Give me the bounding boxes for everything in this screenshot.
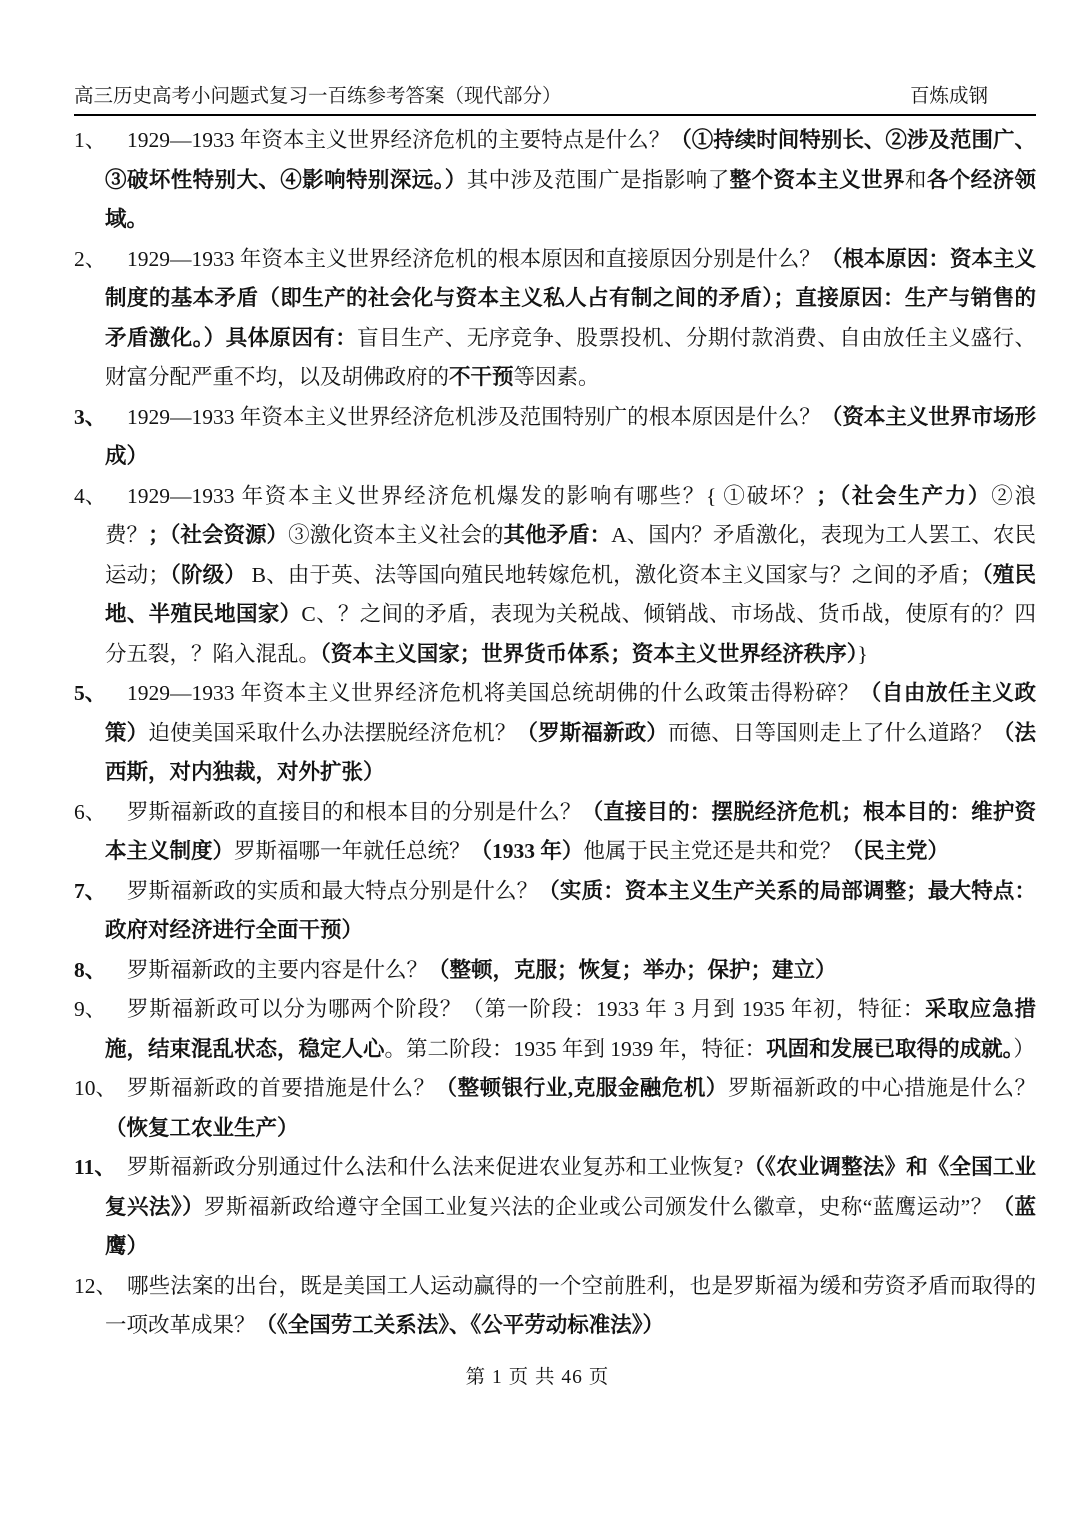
page-header: 高三历史高考小问题式复习一百练参考答案（现代部分） 百炼成钢	[74, 80, 1036, 116]
answer-text: （1933 年）	[471, 839, 584, 863]
answer-text: （整顿，克服；恢复；举办；保护；建立）	[428, 958, 837, 982]
answer-text: 不干预	[449, 365, 514, 389]
question-text: 。第二阶段：1935 年到 1939 年，特征：	[385, 1037, 767, 1061]
item-text: 罗斯福新政的主要内容是什么？（整顿，克服；恢复；举办；保护；建立）	[127, 958, 837, 982]
item-number: 1、	[74, 121, 106, 161]
list-item: 11、罗斯福新政分别通过什么法和什么法来促进农业复苏和工业恢复?（《农业调整法》…	[74, 1148, 1036, 1267]
question-text: ③激化资本主义社会的	[288, 523, 503, 547]
item-number: 3、	[74, 398, 106, 438]
page-number: 第 1 页 共 46 页	[466, 1367, 610, 1388]
answer-text: 巩固和发展已取得的成就。	[766, 1037, 1013, 1061]
question-text: 罗斯福新政的主要内容是什么？	[127, 958, 428, 982]
item-text: 1929—1933 年资本主义世界经济危机爆发的影响有哪些？{ ①破坏？；（社会…	[105, 484, 1036, 666]
question-text: 罗斯福新政分别通过什么法和什么法来促进农业复苏和工业恢复?	[127, 1155, 743, 1179]
page-footer: 第 1 页 共 46 页	[0, 1361, 1075, 1389]
question-text: 等因素。	[514, 365, 600, 389]
document-title: 高三历史高考小问题式复习一百练参考答案（现代部分）	[74, 80, 562, 108]
item-number: 8、	[74, 951, 106, 991]
list-item: 2、1929—1933 年资本主义世界经济危机的根本原因和直接原因分别是什么？（…	[74, 240, 1036, 398]
question-text: 罗斯福新政的实质和最大特点分别是什么？	[127, 879, 538, 903]
item-number: 11、	[74, 1148, 116, 1188]
item-number: 5、	[74, 674, 106, 714]
list-item: 3、1929—1933 年资本主义世界经济危机涉及范围特别广的根本原因是什么？（…	[74, 398, 1036, 477]
answer-text: （阶级）	[170, 563, 246, 587]
item-number: 4、	[74, 477, 106, 517]
question-text: 和	[905, 168, 927, 192]
item-number: 12、	[74, 1267, 117, 1307]
item-text: 罗斯福新政的实质和最大特点分别是什么？（实质：资本主义生产关系的局部调整；最大特…	[105, 879, 1036, 943]
list-item: 6、罗斯福新政的直接目的和根本目的分别是什么？（直接目的：摆脱经济危机；根本目的…	[74, 793, 1036, 872]
answer-text: （民主党）	[841, 839, 949, 863]
item-text: 罗斯福新政可以分为哪两个阶段？（第一阶段：1933 年 3 月到 1935 年初…	[105, 997, 1036, 1061]
question-text: 而德、日等国则走上了什么道路？	[668, 721, 993, 745]
question-text: 其中涉及范围广是指影响了	[467, 168, 730, 192]
item-text: 罗斯福新政分别通过什么法和什么法来促进农业复苏和工业恢复?（《农业调整法》和《全…	[105, 1155, 1036, 1258]
answer-text: （恢复工农业生产）	[105, 1116, 299, 1140]
list-item: 9、罗斯福新政可以分为哪两个阶段？（第一阶段：1933 年 3 月到 1935 …	[74, 990, 1036, 1069]
question-text: 罗斯福新政的直接目的和根本目的分别是什么？	[127, 800, 582, 824]
question-text: 1929—1933 年资本主义世界经济危机爆发的影响有哪些？{ ①破坏？	[127, 484, 816, 508]
item-number: 6、	[74, 793, 106, 833]
question-text: 他属于民主党还是共和党？	[583, 839, 841, 863]
item-text: 罗斯福新政的首要措施是什么？（整顿银行业,克服金融危机）罗斯福新政的中心措施是什…	[105, 1076, 1036, 1140]
list-item: 5、1929—1933 年资本主义世界经济危机将美国总统胡佛的什么政策击得粉碎？…	[74, 674, 1036, 793]
answer-text: （《全国劳工关系法》、《公平劳动标准法》）	[256, 1313, 665, 1337]
answer-text: 整个资本主义世界	[730, 168, 905, 192]
answer-text: ；（社会资源）	[148, 523, 288, 547]
item-number: 7、	[74, 872, 106, 912]
question-text: B、由于英、法等国向殖民地转嫁危机，激化资本主义国家与？之间的矛盾；	[246, 563, 982, 587]
answer-text: （资本主义国家；世界货币体系；资本主义世界经济秩序）	[320, 642, 858, 666]
question-text: 1929—1933 年资本主义世界经济危机的主要特点是什么？	[127, 128, 670, 152]
list-item: 12、哪些法案的出台，既是美国工人运动赢得的一个空前胜利，也是罗斯福为缓和劳资矛…	[74, 1267, 1036, 1346]
list-item: 1、1929—1933 年资本主义世界经济危机的主要特点是什么？（①持续时间特别…	[74, 121, 1036, 240]
question-text: 罗斯福新政的中心措施是什么？	[728, 1076, 1036, 1100]
list-item: 7、罗斯福新政的实质和最大特点分别是什么？（实质：资本主义生产关系的局部调整；最…	[74, 872, 1036, 951]
answer-text: ；（社会生产力）	[816, 484, 991, 508]
question-text: 迫使美国采取什么办法摆脱经济危机？	[148, 721, 516, 745]
header-brand: 百炼成钢	[910, 80, 1036, 108]
item-number: 2、	[74, 240, 106, 280]
question-text: 罗斯福新政给遵守全国工业复兴法的企业或公司颁发什么徽章，史称“蓝鹰运动”？	[204, 1195, 992, 1219]
answer-text: 其他矛盾：	[504, 523, 612, 547]
question-text: ）	[1013, 1037, 1035, 1061]
question-text: 罗斯福哪一年就任总统？	[234, 839, 471, 863]
question-text: 罗斯福新政的首要措施是什么？	[127, 1076, 436, 1100]
item-text: 1929—1933 年资本主义世界经济危机将美国总统胡佛的什么政策击得粉碎？（自…	[105, 681, 1036, 784]
list-item: 8、罗斯福新政的主要内容是什么？（整顿，克服；恢复；举办；保护；建立）	[74, 951, 1036, 991]
item-number: 10、	[74, 1069, 117, 1109]
item-text: 1929—1933 年资本主义世界经济危机的主要特点是什么？（①持续时间特别长、…	[105, 128, 1036, 231]
item-text: 哪些法案的出台，既是美国工人运动赢得的一个空前胜利，也是罗斯福为缓和劳资矛盾而取…	[105, 1274, 1036, 1338]
question-text: 1929—1933 年资本主义世界经济危机涉及范围特别广的根本原因是什么？	[127, 405, 821, 429]
question-text: }	[858, 642, 868, 666]
item-text: 1929—1933 年资本主义世界经济危机的根本原因和直接原因分别是什么？（根本…	[105, 247, 1036, 390]
question-text: 1929—1933 年资本主义世界经济危机将美国总统胡佛的什么政策击得粉碎？	[127, 681, 860, 705]
qa-list: 1、1929—1933 年资本主义世界经济危机的主要特点是什么？（①持续时间特别…	[74, 121, 1036, 1346]
answer-text: （罗斯福新政）	[516, 721, 668, 745]
question-text: 1929—1933 年资本主义世界经济危机的根本原因和直接原因分别是什么？	[127, 247, 821, 271]
question-text: 罗斯福新政可以分为哪两个阶段？（第一阶段：1933 年 3 月到 1935 年初…	[127, 997, 925, 1021]
answer-text: （整顿银行业,克服金融危机）	[436, 1076, 728, 1100]
list-item: 10、罗斯福新政的首要措施是什么？（整顿银行业,克服金融危机）罗斯福新政的中心措…	[74, 1069, 1036, 1148]
item-text: 1929—1933 年资本主义世界经济危机涉及范围特别广的根本原因是什么？（资本…	[105, 405, 1036, 469]
item-text: 罗斯福新政的直接目的和根本目的分别是什么？（直接目的：摆脱经济危机；根本目的：维…	[105, 800, 1036, 864]
list-item: 4、1929—1933 年资本主义世界经济危机爆发的影响有哪些？{ ①破坏？；（…	[74, 477, 1036, 675]
document-page: 高三历史高考小问题式复习一百练参考答案（现代部分） 百炼成钢 1、1929—19…	[0, 0, 1075, 1518]
item-number: 9、	[74, 990, 106, 1030]
